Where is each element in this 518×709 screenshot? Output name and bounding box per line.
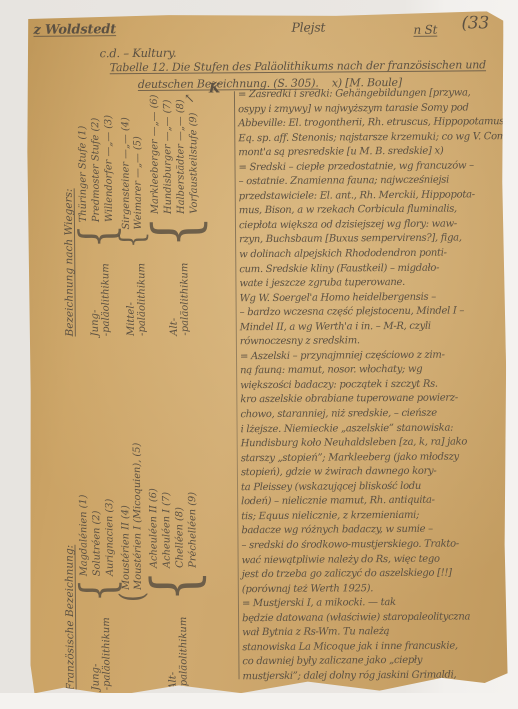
group-jung: Jung- -paläolithikum { Thüringer Stufe (…	[77, 94, 117, 336]
group-label-line: -paläolithikum	[101, 602, 113, 690]
stage-item: Sirgensteiner —„— (4)	[120, 117, 134, 229]
stage-item: Markleeberger —„— (6)	[149, 95, 163, 215]
stage-item: Thüringer Stufe (1)	[77, 115, 91, 222]
stage-item: Moustérien I (Micoquien), (5)	[132, 443, 146, 590]
group-mousterien: ( Moustérien II (4)Moustérien I (Micoqui…	[119, 422, 147, 690]
stage-item: Acheuléen II (6)	[148, 488, 161, 568]
stage-items: Markleeberger —„— (6)Hundisburger —„— (7…	[149, 94, 201, 214]
handwritten-line: przedstawiciele: El. ant., Rh. Merckii, …	[239, 188, 507, 205]
handwritten-line: będzie datowana (właściwie) staropaleoli…	[242, 610, 510, 627]
group-label: Jung- -paläolithikum	[84, 602, 113, 690]
stage-items: Moustérien II (4)Moustérien I (Micoquien…	[119, 443, 146, 590]
notes-text: = Zasredki i sredki: Gehängebildungen [p…	[238, 86, 511, 685]
group-label: Alt- -paläolithikum	[161, 602, 190, 690]
group-label-line: -paläolithikum	[178, 602, 190, 690]
topic-label: Plejst	[291, 20, 325, 35]
stage-item: Moustérien II (4)	[119, 443, 133, 590]
stage-items: Thüringer Stufe (1)Predmoster Stufe (2)W…	[77, 115, 116, 222]
table-wiegers: Bezeichnung nach Wiegers: Jung- -paläoli…	[62, 93, 238, 336]
stage-item: Halberstädter —„— (8)	[175, 94, 189, 214]
group-label-line: Alt-	[167, 602, 179, 690]
group-label: Jung- -paläolithikum	[83, 248, 112, 336]
group-label-line	[136, 602, 137, 690]
group-alt: Alt- -paläolithikum { Acheuléen II (6)Ac…	[148, 422, 201, 690]
handwritten-line: mustjerski”; dalej dolny róg jaskini Gri…	[242, 668, 510, 685]
stage-item: Chelléen (8)	[174, 488, 187, 568]
handwritten-line: Eq. sp. aff. Stenonis; najstarsze krzemu…	[238, 130, 506, 147]
table-wiegers-content: Bezeichnung nach Wiegers: Jung- -paläoli…	[62, 93, 238, 336]
stage-item: Magdalénien (1)	[78, 494, 91, 576]
group-label	[130, 602, 137, 690]
stage-item: Predmoster Stufe (2)	[90, 115, 104, 222]
group-label-line: Jung-	[89, 248, 101, 336]
handwritten-line: = Zasredki i sredki: Gehängebildungen [p…	[238, 86, 506, 103]
paper-sheet: z Woldstedt Plejst n St (33 c.d. – Kultu…	[25, 11, 508, 699]
group-label-line: Alt-	[168, 248, 180, 336]
page-number: (33	[461, 13, 489, 33]
group-label-line: -paläolithikum	[100, 248, 112, 336]
stage-item: Acheuléen I (7)	[161, 488, 174, 568]
group-label-line: Mittel-	[126, 248, 138, 336]
table-french: Französische Bezeichnung: Jung- -paläoli…	[63, 421, 257, 690]
stage-item: Weimarer —„— (5)	[133, 117, 147, 229]
group-label-line: -paläolithikum	[137, 248, 149, 336]
handwritten-line: = Sredski – ciepłe przedostatnie, wg fra…	[238, 159, 506, 176]
shelf-mark: n St	[413, 23, 437, 37]
continuation-label: c.d. – Kultury.	[100, 46, 177, 61]
group-jung: Jung- -paläolithikum { Magdalénien (1)So…	[78, 422, 118, 690]
group-label-line: Jung-	[90, 602, 102, 690]
stage-items: Acheuléen II (6)Acheuléen I (7)Chelléen …	[148, 488, 200, 568]
group-label-line: -paläolithikum	[179, 248, 191, 336]
table-wiegers-heading: Bezeichnung nach Wiegers:	[62, 95, 76, 337]
group-label-line	[136, 602, 137, 690]
group-alt: Alt- -paläolithikum { Markleeberger —„— …	[149, 94, 202, 336]
stage-item: Solutréen (2)	[91, 494, 104, 576]
table-french-content: Französische Bezeichnung: Jung- -paläoli…	[63, 421, 257, 690]
stage-item: Aurignacien (3)	[104, 494, 117, 576]
stage-item: Hundisburger —„— (7)	[162, 94, 176, 214]
stage-item: Préchelléen (9)	[187, 488, 200, 568]
scanned-document: z Woldstedt Plejst n St (33 c.d. – Kultu…	[0, 0, 518, 709]
group-label: Alt- -paläolithikum	[162, 248, 191, 336]
author-note: z Woldstedt	[33, 22, 116, 38]
table-french-heading: Französische Bezeichnung:	[63, 423, 77, 691]
group-mittel: Mittel- -paläolithikum { Sirgensteiner —…	[118, 94, 148, 336]
table-title-line1: Tabelle 12. Die Stufen des Paläolithikum…	[110, 58, 486, 74]
stage-item: Willendorfer —„— (3)	[103, 115, 117, 222]
stage-items: Magdalénien (1)Solutréen (2)Aurignacien …	[78, 494, 117, 576]
stage-items: Sirgensteiner —„— (4)Weimarer —„— (5)	[120, 117, 146, 230]
handwritten-line: Abbeville: El. trogontherii, Rh. etruscu…	[238, 115, 506, 132]
stage-item: Vorfaustkeilstufe (9)	[188, 94, 202, 214]
brace-icon: {	[145, 216, 208, 248]
brace-icon: {	[143, 570, 206, 602]
group-label: Mittel- -paläolithikum	[120, 248, 149, 336]
